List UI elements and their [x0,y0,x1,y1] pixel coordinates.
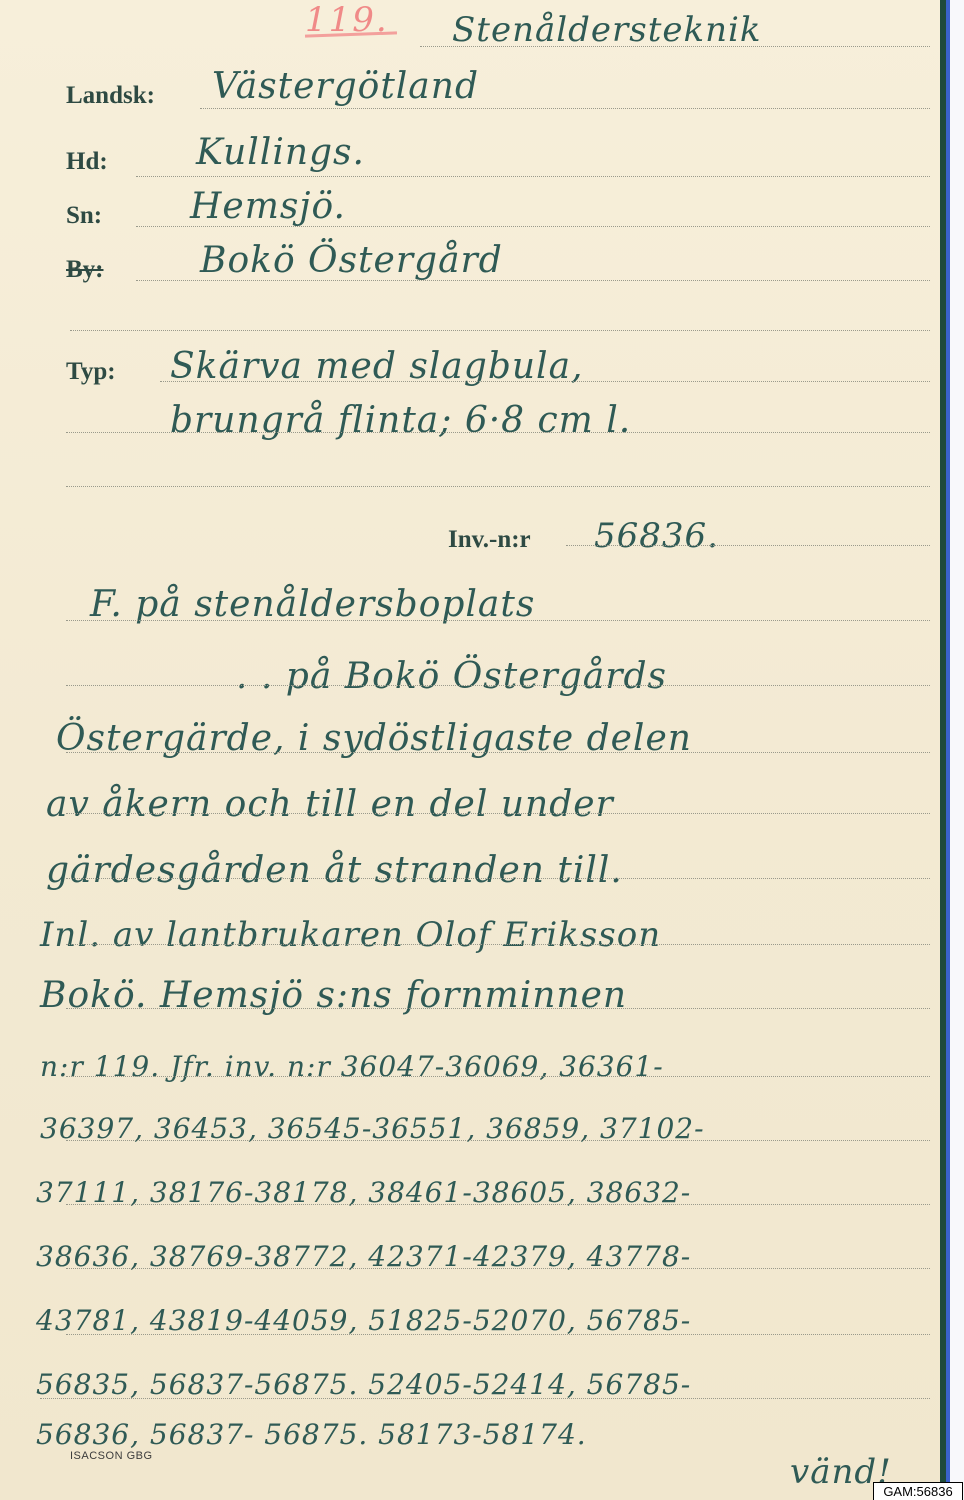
rule-line [566,545,930,546]
rule-line [66,685,930,686]
rule-line [66,486,930,487]
rule-line [66,1076,930,1077]
rule-line [66,1140,930,1141]
description-line: . . på Bokö Östergårds [236,656,667,697]
field-label-landskap: Landsk: [66,82,155,110]
field-label-socken: Sn: [66,202,102,230]
rule-line [70,330,930,331]
image-id-label: GAM:56836 [873,1482,963,1500]
rule-line [66,878,930,879]
rule-line [136,176,930,177]
field-label-typ: Typ: [66,358,116,386]
inventory-number: 56836. [594,516,719,556]
rule-line [66,813,930,814]
field-value-socken: Hemsjö. [190,186,346,227]
description-line: av åkern och till en del under [46,784,614,825]
index-card: 119. Stenåldersteknik Landsk: Västergötl… [0,0,946,1500]
rule-line [420,46,930,47]
field-value-harad: Kullings. [196,132,365,173]
rule-line [66,944,930,945]
description-line: gärdesgården åt stranden till. [46,850,623,891]
rule-line [66,1334,930,1335]
rule-line [66,1268,930,1269]
rule-line [136,226,930,227]
description-line: F. på stenåldersboplats [90,584,535,625]
description-line: 56835, 56837-56875. 52405-52414, 56785- [36,1368,691,1401]
description-line: Inl. av lantbrukaren Olof Eriksson [40,915,661,955]
field-value-landskap: Västergötland [212,66,479,107]
scan-margin [950,0,964,1500]
rule-line [66,620,930,621]
rule-line [66,1204,930,1205]
description-line: Bokö. Hemsjö s:ns fornminnen [40,975,627,1016]
inventory-label: Inv.-n:r [448,526,531,554]
description-line: 56836, 56837- 56875. 58173-58174. [36,1418,587,1451]
rule-line [66,432,930,433]
rule-line [160,381,930,382]
description-line: n:r 119. Jfr. inv. n:r 36047-36069, 3636… [40,1050,664,1083]
rule-line [200,108,930,109]
type-line-2: brungrå flinta; 6·8 cm l. [170,400,631,441]
rule-line [40,1398,930,1399]
field-label-by: By: [66,256,104,284]
category-heading: Stenåldersteknik [452,10,761,50]
description-line: 43781, 43819-44059, 51825-52070, 56785- [36,1304,691,1337]
rule-line [66,752,930,753]
rule-line [136,280,930,281]
field-value-by: Bokö Östergård [200,240,503,281]
printer-mark: ISACSON GBG [70,1450,153,1462]
rule-line [66,1008,930,1009]
field-label-harad: Hd: [66,148,108,176]
